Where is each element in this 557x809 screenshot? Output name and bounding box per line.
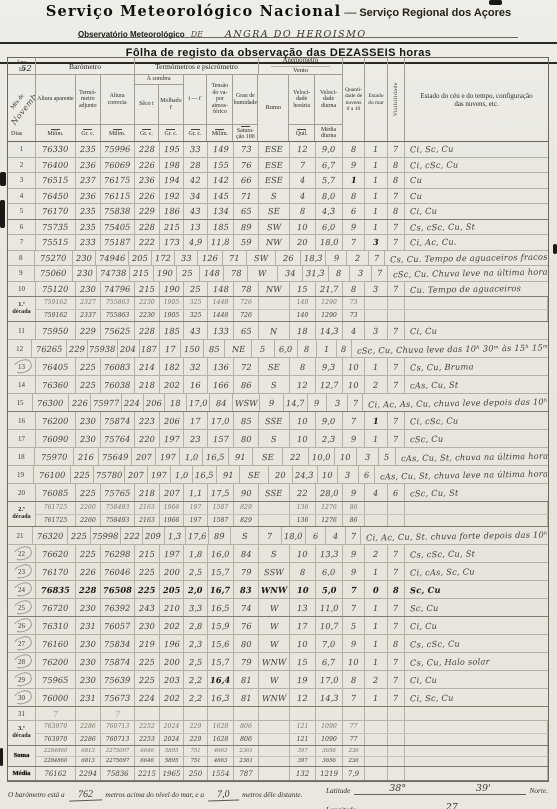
estado-ceu-cell: cSc, Cu — [405, 430, 548, 447]
nuvens-cell: 7 — [343, 581, 365, 598]
humidade-cell — [234, 707, 259, 720]
visibilidade-cell: 7 — [388, 689, 405, 706]
visibilidade-value: 8 — [393, 638, 398, 648]
termometro-adjunto-cell: 230 — [76, 671, 101, 688]
altura-aparente-cell: 75270 — [35, 251, 73, 266]
velocidade-horaria-value: 22 — [297, 487, 308, 497]
molhado-value: 1966 — [164, 504, 180, 511]
estado-ceu-cell — [405, 767, 548, 780]
day-number-cell: 25 — [8, 599, 36, 616]
velocidade-diurna-cell: 1276 — [316, 515, 343, 527]
visibilidade-cell: 5 — [379, 448, 396, 465]
humidade-value: 86 — [241, 379, 252, 389]
velocidade-diurna-cell: 9,0 — [316, 142, 343, 157]
termometro-adjunto-value: 236 — [80, 160, 96, 170]
t-menos-t-cell: 250 — [184, 767, 208, 780]
molhado-value: 2024 — [164, 736, 180, 743]
nuvens-cell: 7 — [343, 599, 365, 616]
day-row-15: 1576300226759772242061817,084WSW914,7937… — [8, 394, 548, 412]
col-visibilidade-header: Visibilidade — [388, 58, 405, 141]
estado-ceu-value: Sc, Cu — [410, 602, 439, 612]
col-nuvens-label: Quanti- dade de nuvens 0 a 10 — [344, 87, 363, 113]
t-menos-t-cell: 229 — [184, 721, 208, 733]
molhado-cell: 197 — [156, 448, 179, 465]
estado-ceu-cell: Cs, Cu. Tempo de aguaceiros fracos — [385, 251, 548, 266]
molhado-value: 190 — [163, 284, 179, 294]
nuvens-value: 9 — [351, 548, 356, 558]
molhado-cell: 195 — [160, 142, 184, 157]
velocidade-horaria-cell: 10 — [290, 581, 316, 598]
day-number-cell: 31 — [8, 707, 36, 720]
unit-text: Gr. c. — [140, 131, 153, 137]
tensao-vapor-value: 185 — [212, 222, 228, 232]
velocidade-horaria-value: 140 — [297, 299, 309, 306]
day-number-cell: 17 — [8, 430, 36, 447]
seco-value: 215 — [139, 284, 155, 294]
humidade-cell: 84 — [234, 545, 259, 562]
estado-ceu-value: Ci, Sc, Cu — [410, 144, 454, 155]
day-number-value: 23 — [18, 568, 25, 576]
nuvens-cell: 7,9 — [343, 767, 365, 780]
barometer-note-post: metros dêle distante. — [242, 790, 302, 799]
termometro-adjunto-cell: 235 — [76, 220, 101, 235]
molhado-value: 185 — [163, 325, 179, 335]
barometer-note: O barómetro está a 762 metros acima do n… — [8, 789, 302, 801]
altura-aparente-value: 76360 — [42, 379, 69, 389]
seco-value: 6646 — [140, 758, 153, 764]
day-number-value: 14 — [18, 381, 25, 389]
altura-correcta-cell: 76057 — [101, 617, 135, 634]
tensao-vapor-value: 134 — [212, 206, 228, 216]
visibilidade-cell: 7 — [388, 189, 405, 204]
termometro-adjunto-value: 233 — [80, 237, 96, 247]
t-menos-t-value: 16 — [190, 379, 201, 389]
altura-correcta-cell: 74946 — [96, 251, 128, 266]
termometro-adjunto-value: 6813 — [81, 748, 94, 754]
velocidade-horaria-value: 5 — [260, 343, 265, 353]
tensao-vapor-cell: 17,0 — [208, 412, 234, 429]
humidade-value: 726 — [240, 312, 252, 319]
day-row-17: 1776090230757642201972315780S102,3917cSc… — [8, 430, 548, 448]
t-menos-t-value: 28 — [190, 160, 201, 170]
col-velocidade-horaria: Veloci- dade horária Quil. — [289, 75, 315, 141]
nuvens-value: 7 — [351, 602, 356, 612]
tensao-vapor-cell: 17,6 — [186, 527, 209, 544]
col-velocidade-diurna-unit: Média diurna — [315, 124, 342, 141]
t-menos-t-value: 32 — [190, 361, 201, 371]
rumo-value: WNW — [262, 656, 286, 666]
nuvens-cell: 77 — [343, 734, 365, 746]
tensao-vapor-cell: 16,5 — [208, 599, 234, 616]
t-menos-t-cell: 23 — [184, 430, 208, 447]
t-menos-t-cell: 18 — [165, 394, 186, 411]
humidade-cell: 78 — [224, 266, 248, 281]
altura-aparente-value: 76160 — [42, 638, 69, 648]
seco-value: 2253 — [139, 736, 155, 743]
velocidade-diurna-cell: 9,0 — [316, 412, 343, 429]
altura-aparente-cell: 761725 — [36, 502, 76, 514]
estado-mar-cell: 1 — [365, 635, 388, 652]
t-menos-t-cell: 1,0 — [180, 448, 203, 465]
estado-ceu-value: Cu — [410, 191, 422, 201]
col-altura-aparente-label: Altura aparente — [36, 75, 75, 124]
altura-aparente-cell: 76162 — [36, 767, 76, 780]
visibilidade-cell — [388, 721, 405, 733]
t-menos-t-cell — [184, 707, 208, 720]
estado-mar-value: 0 — [373, 584, 379, 594]
estado-mar-value: 1 — [373, 602, 378, 612]
termometro-adjunto-value: 2337 — [80, 312, 96, 319]
rumo-cell: ESE — [259, 142, 290, 157]
t-menos-t-value: 325 — [190, 299, 202, 306]
estado-ceu-cell: cSc, Cu, Chuva leve das 10ʰ 30ᵐ às 15ʰ 1… — [352, 340, 548, 357]
rumo-cell: NW — [259, 282, 290, 297]
summary-line: 2284860681322750976646589575146632361397… — [36, 746, 548, 756]
molhado-value: 172 — [155, 253, 171, 263]
nuvens-cell: 73 — [343, 310, 365, 322]
rumo-value: ESE — [265, 175, 283, 185]
velocidade-diurna-value: 1090 — [321, 736, 337, 743]
estado-mar-value: 1 — [373, 361, 378, 371]
humidade-value: 726 — [240, 299, 252, 306]
altura-aparente-value: 76620 — [42, 548, 69, 558]
day-row-10: 1075120230747962151902514878NW1521,7837C… — [8, 282, 548, 298]
visibilidade-value: 6 — [393, 487, 398, 497]
altura-aparente-value: 75735 — [42, 222, 69, 232]
estado-ceu-cell — [405, 707, 548, 720]
visibilidade-cell — [388, 297, 405, 309]
velocidade-horaria-cell: 10 — [290, 220, 316, 235]
seco-value: 223 — [139, 415, 155, 425]
termometro-adjunto-value: 230 — [77, 268, 93, 278]
rumo-value: WNW — [262, 692, 286, 702]
altura-correcta-value: 760713 — [106, 736, 130, 743]
molhado-value: 202 — [163, 379, 179, 389]
rumo-value: SE — [268, 206, 280, 216]
molhado-value: 186 — [163, 206, 179, 216]
tensao-vapor-value: 166 — [212, 379, 228, 389]
estado-ceu-value: Cs, cSc, Cu, St — [410, 221, 475, 232]
seco-cell: 229 — [135, 204, 160, 219]
velocidade-diurna-cell: 6,0 — [275, 340, 298, 357]
termometro-adjunto-value: 216 — [78, 451, 94, 461]
day-number-value: 1 — [20, 145, 24, 153]
altura-correcta-cell: 75998 — [91, 527, 121, 544]
t-menos-t-cell: 1,0 — [171, 466, 193, 483]
day-row-22: 2276620225762982151971,816,084S1013,3927… — [8, 545, 548, 563]
molhado-cell: 190 — [154, 266, 177, 281]
day-number-value: 30 — [18, 694, 25, 702]
estado-ceu-cell — [405, 746, 548, 756]
molhado-cell: 202 — [160, 376, 184, 393]
molhado-value: 5895 — [165, 748, 178, 754]
altura-correcta-cell: 76298 — [101, 545, 135, 562]
velocidade-diurna-value: 6,0 — [279, 343, 292, 353]
day-number-cell: 23 — [8, 563, 36, 580]
humidade-value: 2361 — [239, 748, 252, 754]
observatory-line: Observatório MeteorológicoDEANGRA DO HER… — [78, 24, 518, 38]
unit-text: Gr. c. — [164, 131, 177, 137]
altura-aparente-cell: 761725 — [36, 515, 76, 527]
nuvens-cell: 8 — [343, 189, 365, 204]
altura-aparente-cell: 76320 — [33, 527, 69, 544]
altura-aparente-cell: 76835 — [36, 581, 76, 598]
day-number-cell: 16 — [8, 412, 36, 429]
col-t-menos-t-unit: Gr. c. — [184, 124, 207, 141]
day-row-30: 3076000231756732242022,216,381WNW1214,37… — [8, 689, 548, 707]
termometro-adjunto-cell: 230 — [76, 412, 101, 429]
t-menos-t-value: 18 — [170, 397, 181, 407]
estado-mar-value: 1 — [373, 415, 379, 425]
estado-ceu-value: Cs, cSc, Cu — [410, 638, 460, 649]
t-menos-t-cell: 1,1 — [184, 484, 208, 501]
tensao-vapor-cell: 1448 — [208, 310, 234, 322]
visibilidade-value: 7 — [393, 379, 398, 389]
humidade-cell: 73 — [234, 142, 259, 157]
rumo-cell: SE — [253, 448, 283, 465]
velocidade-diurna-value: 2,3 — [322, 433, 335, 443]
termometro-adjunto-cell: 225 — [76, 545, 101, 562]
termometro-adjunto-value: 2327 — [80, 299, 96, 306]
t-menos-t-value: 751 — [190, 748, 200, 754]
summary-label-text: 1.ª década — [9, 302, 34, 315]
t-menos-t-cell: 2,2 — [184, 671, 208, 688]
molhado-cell: 1965 — [160, 767, 184, 780]
day-number-cell: 2 — [8, 158, 36, 173]
visibilidade-value: 7 — [377, 268, 382, 278]
day-number-cell: 30 — [8, 689, 36, 706]
altura-aparente-cell: 76000 — [36, 689, 76, 706]
molhado-cell: 202 — [160, 617, 184, 634]
nuvens-cell: 10 — [343, 653, 365, 670]
altura-aparente-value: 75120 — [42, 284, 69, 294]
footer: O barómetro está a 762 metros acima do n… — [8, 781, 549, 809]
velocidade-diurna-value: 9,0 — [322, 144, 335, 154]
seco-cell: 207 — [125, 466, 148, 483]
altura-aparente-value: 76200 — [42, 415, 69, 425]
col-molhado: Molhado t' Gr. c. — [159, 85, 182, 141]
col-seco: Sêco t Gr. c. — [135, 85, 160, 141]
estado-ceu-value: cSc, Cu, St — [410, 487, 459, 498]
humidade-value: 71 — [229, 253, 240, 263]
latitude-values: 38° 39' — [354, 783, 525, 795]
velocidade-horaria-value: 4 — [300, 191, 305, 201]
molhado-value: 5895 — [165, 758, 178, 764]
molhado-value: 187 — [141, 343, 157, 353]
col-molhado-label: Molhado t' — [159, 85, 182, 124]
velocidade-horaria-value: 22 — [290, 451, 301, 461]
tensao-vapor-value: 4663 — [214, 758, 227, 764]
termometro-adjunto-cell: 225 — [76, 376, 101, 393]
altura-aparente-value: 761725 — [44, 504, 68, 511]
molhado-cell: 197 — [160, 430, 184, 447]
tensao-vapor-cell: 134 — [208, 204, 234, 219]
velocidade-horaria-value: 10 — [297, 638, 308, 648]
estado-mar-cell: 1 — [365, 142, 388, 157]
estado-ceu-cell: Sc, Cu — [405, 581, 548, 598]
tensao-vapor-cell: 1587 — [208, 515, 234, 527]
humidade-cell: 71 — [223, 251, 247, 266]
day-number-cell: 18 — [8, 448, 35, 465]
day-row-12: 1276265229759382041871715085NE56,0818cSc… — [8, 340, 548, 358]
day-row-27: 2776160230758342191962,315,680W107,0918C… — [8, 635, 548, 653]
altura-correcta-value: 75836 — [106, 770, 128, 778]
velocidade-horaria-value: 10 — [297, 433, 308, 443]
nuvens-value: 5 — [351, 620, 356, 630]
altura-correcta-cell: 76038 — [101, 376, 135, 393]
nuvens-cell: 8 — [343, 671, 365, 688]
altura-aparente-value: 75270 — [40, 253, 67, 263]
nuvens-value: 8 — [351, 144, 356, 154]
visibilidade-cell: 7 — [346, 527, 361, 544]
estado-ceu-cell: cAs, Cu, St, chuva leve na última hora — [375, 466, 548, 483]
summary-line: 7591622327755863223019053251448726140129… — [36, 297, 548, 309]
humidade-cell: 91 — [217, 466, 240, 483]
altura-correcta-cell: 75673 — [101, 689, 135, 706]
estado-mar-cell: 3 — [350, 266, 372, 281]
humidade-value: 787 — [239, 770, 252, 778]
seco-value: 207 — [128, 469, 144, 479]
tensao-vapor-value: 16,3 — [211, 692, 230, 702]
tensao-vapor-cell: 1628 — [208, 721, 234, 733]
termometro-adjunto-cell: 228 — [76, 581, 101, 598]
estado-ceu-value: Cs, Cu, Halo solar — [410, 656, 490, 667]
tensao-vapor-value: 148 — [203, 268, 219, 278]
humidade-value: 91 — [223, 469, 234, 479]
altura-correcta-cell: 76175 — [101, 173, 135, 188]
humidade-value: 80 — [241, 433, 252, 443]
seco-value: 204 — [120, 343, 136, 353]
fraction-dash — [142, 129, 151, 130]
velocidade-diurna-value: 14,3 — [320, 325, 339, 335]
estado-mar-value: 1 — [373, 638, 378, 648]
estado-mar-value: 3 — [358, 268, 363, 278]
tensao-vapor-value: 1628 — [213, 723, 229, 730]
tensao-vapor-value: 1587 — [213, 517, 229, 524]
humidade-cell: 79 — [234, 563, 259, 580]
col-estado-mar-header: Estado do mar — [365, 58, 388, 141]
velocidade-diurna-cell: 5,0 — [316, 581, 343, 598]
nuvens-cell: 236 — [343, 746, 365, 756]
altura-aparente-cell: 76330 — [36, 142, 76, 157]
summary-line: 7616222947583622151965250155478713212197… — [36, 767, 548, 780]
termometro-adjunto-value: 2260 — [80, 517, 96, 524]
tensao-vapor-value: 1448 — [213, 312, 229, 319]
tensao-vapor-value: 1587 — [213, 504, 229, 511]
termometro-adjunto-cell: 230 — [76, 653, 101, 670]
estado-mar-cell: 1 — [365, 358, 388, 375]
scanned-register-sheet: Serviço Meteorológico Nacional—Serviço R… — [0, 0, 557, 809]
estado-mar-value: 1 — [373, 222, 378, 232]
tensao-vapor-cell: 16,5 — [193, 466, 217, 483]
velocidade-horaria-cell: 17 — [290, 617, 316, 634]
altura-correcta-value: 74946 — [99, 253, 126, 263]
visibilidade-value: 7 — [393, 237, 398, 247]
rumo-cell: SSE — [259, 412, 290, 429]
longitude-values: 27 — [360, 802, 544, 809]
termometro-adjunto-value: 230 — [80, 674, 96, 684]
seco-value: 222 — [124, 530, 140, 540]
rumo-cell: W — [259, 617, 290, 634]
scan-mark — [553, 244, 557, 254]
rumo-cell: W — [259, 599, 290, 616]
visibilidade-value: 6 — [364, 469, 369, 479]
seco-value: 6646 — [140, 748, 153, 754]
altura-aparente-cell: 76160 — [36, 635, 76, 652]
altura-aparente-value: 76100 — [39, 469, 66, 479]
service-title: Serviço Meteorológico Nacional—Serviço R… — [0, 0, 557, 21]
molhado-cell: 197 — [160, 545, 184, 562]
nuvens-value: 9 — [351, 160, 356, 170]
velocidade-diurna-cell: 17,0 — [316, 671, 343, 688]
seco-cell: 2230 — [135, 297, 160, 309]
altura-correcta-cell: 75836 — [101, 767, 135, 780]
visibilidade-value: 7 — [393, 692, 398, 702]
seco-cell: 6646 — [135, 757, 160, 767]
day-number-cell: 3 — [8, 173, 36, 188]
velocidade-horaria-cell: 7 — [290, 158, 316, 173]
group-anemometro: Anemómetro Vento — [259, 58, 342, 74]
humidade-value: 66 — [241, 175, 252, 185]
nuvens-cell: 86 — [343, 502, 365, 514]
visibilidade-cell: 7 — [388, 220, 405, 235]
tensao-vapor-cell: 1587 — [208, 502, 234, 514]
day-number-value: 17 — [18, 435, 25, 443]
termometro-adjunto-value: 230 — [80, 638, 96, 648]
longitude-line: Longitude 27 — [326, 802, 548, 809]
estado-mar-cell: 3 — [365, 322, 388, 339]
estado-mar-cell — [365, 721, 388, 733]
unit-text: Satura- ção 100 — [233, 128, 257, 140]
visibilidade-cell: 6 — [359, 466, 375, 483]
t-menos-t-cell: 325 — [184, 297, 208, 309]
day-number-value: 26 — [18, 622, 25, 630]
estado-ceu-value: cAs, Cu, St, chuva na última hora — [401, 450, 548, 463]
estado-ceu-value: cSc, Cu, Chuva leve das 10ʰ 30ᵐ às 15ʰ 1… — [357, 342, 548, 355]
nuvens-cell: 236 — [343, 757, 365, 767]
velocidade-horaria-cell: 121 — [290, 721, 316, 733]
altura-aparente-value: 76720 — [42, 602, 69, 612]
visibilidade-cell: 7 — [348, 394, 363, 411]
humidade-value: 806 — [240, 723, 252, 730]
estado-mar-cell: 4 — [326, 527, 346, 544]
day-number-cell: 11 — [8, 322, 36, 339]
altura-aparente-cell: 76170 — [36, 563, 76, 580]
tensao-vapor-value: 16,4 — [210, 674, 230, 684]
termometro-adjunto-cell: 229 — [67, 340, 89, 357]
visibilidade-value: 7 — [393, 415, 398, 425]
velocidade-diurna-value: 10,0 — [312, 451, 331, 461]
rumo-value: SE — [248, 469, 260, 479]
rumo-value: SSE — [265, 487, 282, 497]
altura-correcta-cell: 76069 — [101, 158, 135, 173]
estado-ceu-value: Cs, cSc, Cu, St — [410, 548, 475, 559]
t-menos-t-cell: 197 — [184, 515, 208, 527]
velocidade-horaria-cell: 121 — [290, 734, 316, 746]
estado-ceu-cell: Ci, cAs, Sc, Cu — [405, 563, 548, 580]
summary-block-dec: 2.ª década761725226075849321631966197158… — [8, 502, 548, 527]
humidade-cell: 72 — [234, 358, 259, 375]
t-menos-t-value: 325 — [190, 312, 202, 319]
day-row-31: 3177 — [8, 707, 548, 721]
molhado-value: 1905 — [164, 312, 180, 319]
col-nuvens-header: Quanti- dade de nuvens 0 a 10 — [343, 58, 365, 141]
velocidade-diurna-value: 3656 — [322, 758, 335, 764]
altura-aparente-value: 76330 — [42, 144, 69, 154]
seco-cell: 236 — [135, 173, 160, 188]
rumo-cell: NE — [225, 340, 252, 357]
nuvens-cell: 8 — [329, 266, 350, 281]
